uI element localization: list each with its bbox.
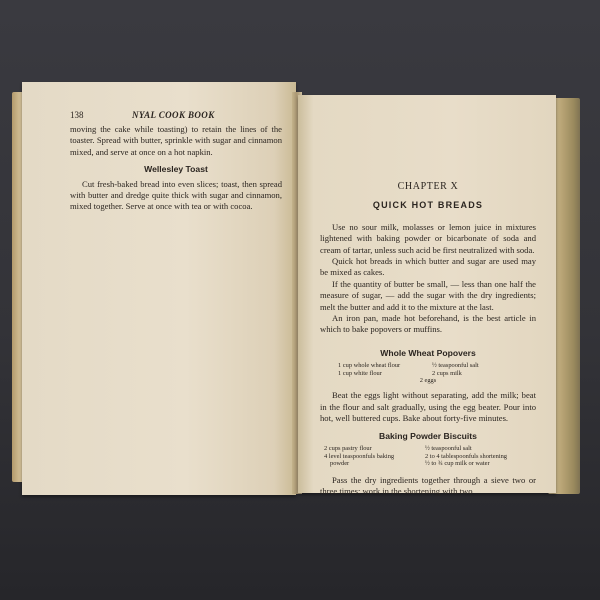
recipe-title: Baking Powder Biscuits <box>320 431 536 442</box>
intro-paragraph: Quick hot breads in which butter and sug… <box>320 256 536 279</box>
continued-paragraph: moving the cake while toasting) to retai… <box>70 124 282 158</box>
ingredient: powder <box>324 460 425 468</box>
right-page-body: CHAPTER X QUICK HOT BREADS Use no sour m… <box>320 181 536 498</box>
ingredient: ½ teaspoonful salt <box>425 445 526 453</box>
ingredient-list: 1 cup whole wheat flour ½ teaspoonful sa… <box>320 362 536 377</box>
intro-paragraph: Use no sour milk, molasses or lemon juic… <box>320 222 536 256</box>
recipe-title: Wellesley Toast <box>70 164 282 175</box>
chapter-number: CHAPTER X <box>320 181 536 192</box>
intro-paragraph: If the quantity of butter be small, — le… <box>320 279 536 313</box>
ingredient: 2 cups milk <box>432 370 526 378</box>
book-title: NYAL COOK BOOK <box>132 110 215 121</box>
page-number: 138 <box>70 110 84 121</box>
ingredient: 1 cup whole wheat flour <box>338 362 432 370</box>
chapter-title: QUICK HOT BREADS <box>320 200 536 211</box>
ingredient: 2 to 4 tablespoonfuls shortening <box>425 453 526 461</box>
ingredient: 2 eggs <box>320 377 536 385</box>
ingredient: 4 level teaspoonfuls baking <box>324 453 425 461</box>
left-page-body: moving the cake while toasting) to retai… <box>70 124 282 213</box>
recipe-instructions: Beat the eggs light without separating, … <box>320 390 536 424</box>
ingredient-list: 2 cups pastry flour ½ teaspoonful salt 4… <box>320 445 536 468</box>
running-head: 138 NYAL COOK BOOK <box>70 110 280 122</box>
ingredient: 1 cup white flour <box>338 370 432 378</box>
ingredient: ½ teaspoonful salt <box>432 362 526 370</box>
recipe-title: Whole Wheat Popovers <box>320 348 536 359</box>
ingredient: 2 cups pastry flour <box>324 445 425 453</box>
recipe-instructions: Pass the dry ingredients together throug… <box>320 475 536 498</box>
left-page: 138 NYAL COOK BOOK moving the cake while… <box>22 82 296 495</box>
intro-paragraph: An iron pan, made hot beforehand, is the… <box>320 313 536 336</box>
recipe-instructions: Cut fresh-baked bread into even slices; … <box>70 179 282 213</box>
right-page: CHAPTER X QUICK HOT BREADS Use no sour m… <box>298 95 556 493</box>
ingredient: ½ to ¾ cup milk or water <box>425 460 526 468</box>
